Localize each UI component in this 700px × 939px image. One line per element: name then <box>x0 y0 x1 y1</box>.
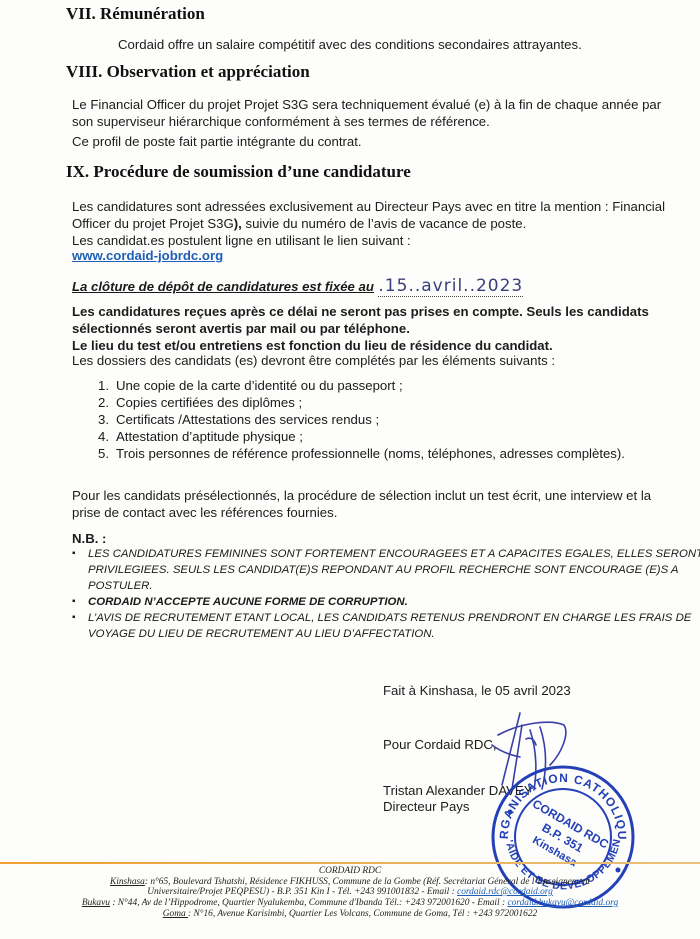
footer-kinshasa-2: Universitaire/Projet PEQPESU) - B.P. 351… <box>0 887 700 898</box>
ix-bold1-line1: Les candidatures reçues après ce délai n… <box>72 303 649 320</box>
requirement-text: Attestation d’aptitude physique ; <box>116 429 303 444</box>
ix-para1-line2c: suivie du numéro de l’avis de vacance de… <box>242 216 526 231</box>
footer-kinshasa-text2: Universitaire/Projet PEQPESU) - B.P. 351… <box>147 887 455 897</box>
nb-item-line: POSTULER. <box>88 578 642 594</box>
requirement-item: 1.Une copie de la carte d’identité ou du… <box>98 377 625 394</box>
nb-item-line: L’AVIS DE RECRUTEMENT ETANT LOCAL, LES C… <box>88 610 642 626</box>
closing-date-line: La clôture de dépôt de candidatures est … <box>72 276 523 296</box>
requirement-item: 2.Copies certifiées des diplômes ; <box>98 394 625 411</box>
nb-item-line: VOYAGE DU LIEU DE RECRUTEMENT AU LIEU D’… <box>88 626 642 642</box>
place-date: Fait à Kinshasa, le 05 avril 2023 <box>383 682 571 699</box>
footer-org: CORDAID RDC <box>0 866 700 877</box>
requirement-item: 4.Attestation d’aptitude physique ; <box>98 428 625 445</box>
requirement-item: 5.Trois personnes de référence professio… <box>98 445 625 462</box>
section-vii-title: VII. Rémunération <box>66 4 205 24</box>
ix-dossiers-intro: Les dossiers des candidats (es) devront … <box>72 352 555 369</box>
closing-month: avril <box>421 276 463 296</box>
footer-kinshasa-text: : n°65, Boulevard Tshatshi, Résidence FI… <box>145 877 590 887</box>
requirement-text: Trois personnes de référence professionn… <box>116 446 625 461</box>
requirement-text: Une copie de la carte d’identité ou du p… <box>116 378 403 393</box>
section-viii-text2: Ce profil de poste fait partie intégrant… <box>72 133 362 150</box>
nb-title: N.B. : <box>72 530 106 547</box>
ix-para1-line2a: Officer du projet Projet S3G <box>72 216 234 231</box>
footer-bukavu-label: Bukavu <box>82 898 110 908</box>
section-vii-text: Cordaid offre un salaire compétitif avec… <box>118 36 582 53</box>
cordaid-jobs-link[interactable]: www.cordaid-jobrdc.org <box>72 248 223 263</box>
footer-kinshasa-label: Kinshasa <box>110 877 145 887</box>
section-viii-text-line2: son superviseur hiérarchique conformémen… <box>72 113 490 130</box>
footer-goma-text: : N°16, Avenue Karisimbi, Quartier Les V… <box>188 909 537 919</box>
footer-goma-label: Goma <box>163 909 188 919</box>
for-cordaid: Pour Cordaid RDC, <box>383 736 497 753</box>
ix-para1-line1: Les candidatures sont adressées exclusiv… <box>72 198 665 215</box>
signatory-role: Directeur Pays <box>383 798 469 815</box>
closing-label: La clôture de dépôt de candidatures est … <box>72 279 374 294</box>
footer-kinshasa: Kinshasa: n°65, Boulevard Tshatshi, Rési… <box>0 877 700 888</box>
footer-kinshasa-email[interactable]: cordaid.rdc@cordaid.org <box>457 887 553 897</box>
requirement-item: 3.Certificats /Attestations des services… <box>98 411 625 428</box>
requirement-number: 1. <box>98 377 116 394</box>
requirement-text: Certificats /Attestations des services r… <box>116 412 379 427</box>
section-viii-title: VIII. Observation et appréciation <box>66 62 310 82</box>
ix-para1-line2b: ), <box>234 216 242 231</box>
footer-bukavu-email[interactable]: cordaid.bukavu@cordaid.org <box>507 898 618 908</box>
closing-day: 15 <box>385 276 409 296</box>
nb-list: LES CANDIDATURES FEMININES SONT FORTEMEN… <box>72 546 642 642</box>
nb-item: LES CANDIDATURES FEMININES SONT FORTEMEN… <box>72 546 642 594</box>
footer-divider <box>0 862 700 864</box>
footer-bukavu: Bukavu : N°44, Av de l’Hippodrome, Quart… <box>0 898 700 909</box>
ix-para2: Les candidat.es postulent ligne en utili… <box>72 232 411 249</box>
requirement-number: 5. <box>98 445 116 462</box>
nb-item-line: LES CANDIDATURES FEMININES SONT FORTEMEN… <box>88 546 642 562</box>
closing-year: 2023 <box>476 276 523 296</box>
footer-bukavu-text: : N°44, Av de l’Hippodrome, Quartier Nya… <box>110 898 505 908</box>
section-ix-title: IX. Procédure de soumission d’une candid… <box>66 162 411 182</box>
ix-para1-line2: Officer du projet Projet S3G), suivie du… <box>72 215 526 232</box>
nb-item-line: CORDAID N’ACCEPTE AUCUNE FORME DE CORRUP… <box>88 594 642 610</box>
requirement-number: 3. <box>98 411 116 428</box>
closing-date-handwritten: .15..avril..2023 <box>378 276 523 297</box>
requirement-number: 2. <box>98 394 116 411</box>
nb-item: L’AVIS DE RECRUTEMENT ETANT LOCAL, LES C… <box>72 610 642 642</box>
selection-line2: prise de contact avec les références fou… <box>72 504 337 521</box>
section-viii-text-line1: Le Financial Officer du projet Projet S3… <box>72 96 661 113</box>
requirements-list: 1.Une copie de la carte d’identité ou du… <box>98 377 625 462</box>
requirement-text: Copies certifiées des diplômes ; <box>116 395 302 410</box>
requirement-number: 4. <box>98 428 116 445</box>
nb-item: CORDAID N’ACCEPTE AUCUNE FORME DE CORRUP… <box>72 594 642 610</box>
nb-item-line: PRIVILEGIEES. SEULS LES CANDIDAT(E)S REP… <box>88 562 642 578</box>
selection-line1: Pour les candidats présélectionnés, la p… <box>72 487 651 504</box>
ix-bold1-line2: sélectionnés seront avertis par mail ou … <box>72 320 410 337</box>
footer-goma: Goma : N°16, Avenue Karisimbi, Quartier … <box>0 909 700 920</box>
